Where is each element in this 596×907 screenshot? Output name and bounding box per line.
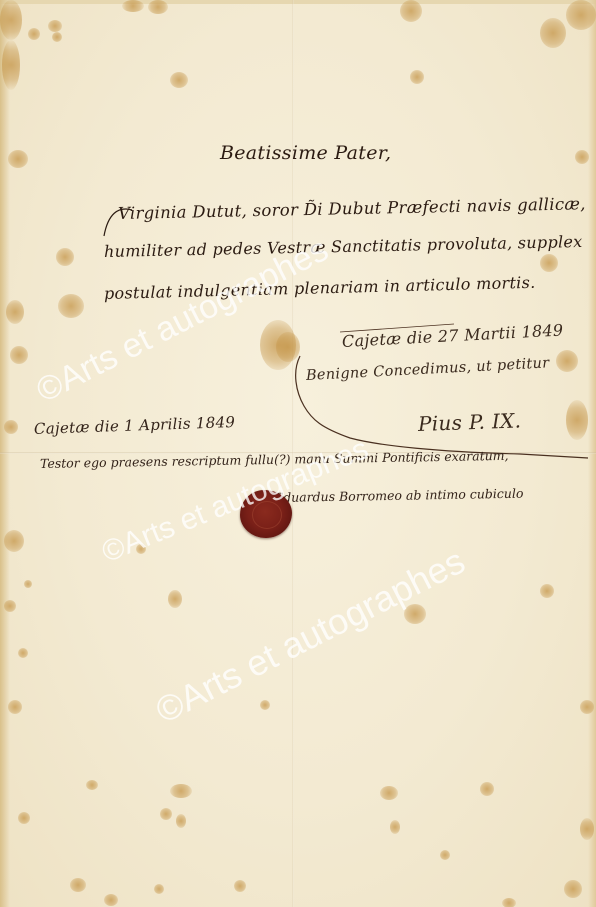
attestation-date: Cajetæ die 1 Aprilis 1849 <box>34 413 236 438</box>
petition-line-3: postulat indulgentiam plenariam in artic… <box>104 273 536 303</box>
papal-signature: Pius P. IX. <box>418 408 522 436</box>
petition-line-1: Virginia Dutut, soror D̃i Dubut Præfecti… <box>118 194 586 223</box>
watermark: ©Arts et autographes <box>149 540 472 732</box>
paper-top-edge <box>0 0 596 4</box>
letter-page: Beatissime Pater, Virginia Dutut, soror … <box>0 0 596 907</box>
petition-line-2: humiliter ad pedes Vestræ Sanctitatis pr… <box>104 232 583 261</box>
rescript-grant: Benigne Concedimus, ut petitur <box>306 355 550 384</box>
salutation: Beatissime Pater, <box>220 142 391 164</box>
rescript-date: Cajetæ die 27 Martii 1849 <box>342 320 564 351</box>
